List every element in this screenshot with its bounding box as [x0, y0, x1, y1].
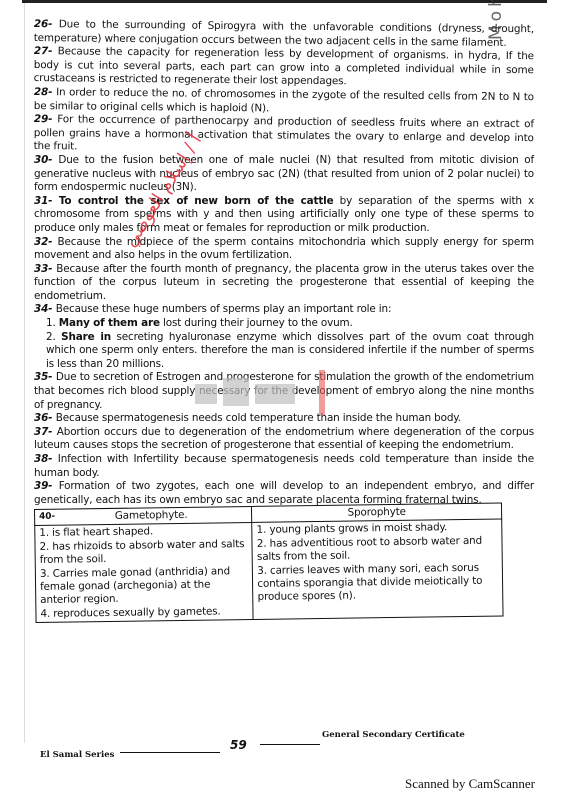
item-number: 33-: [34, 263, 56, 275]
item-lead: To control the sex of new born of the ca…: [59, 195, 334, 207]
item-34-sublist: 1. Many of them are lost during their jo…: [34, 317, 534, 371]
list-item: 29- For the occurrence of parthenocarpy …: [34, 113, 534, 159]
item-number: 27-: [34, 45, 58, 57]
item-text: Because the midpiece of the sperm contai…: [34, 236, 534, 262]
item-number: 32-: [34, 236, 58, 248]
item-number: 2.: [46, 331, 61, 343]
answer-list: 26- Due to the surrounding of Spirogyra …: [34, 18, 534, 317]
table-cell-line: 3. carries leaves with many sori, each s…: [257, 562, 498, 606]
item-number: 35-: [34, 371, 56, 383]
item-number: 28-: [34, 86, 56, 98]
document-page: 26- Due to the surrounding of Spirogyra …: [34, 18, 534, 624]
item-number: 26-: [34, 18, 59, 30]
item-text: Due to the fusion between one of male nu…: [34, 154, 534, 193]
item-number: 38-: [34, 453, 58, 465]
scan-top-border: [22, 0, 547, 3]
header-sporophyte-label: Sporophyte: [348, 506, 406, 519]
list-item: 33- Because after the fourth month of pr…: [34, 263, 534, 304]
header-gametophyte-label: Gametophyte.: [115, 509, 188, 522]
item-number: 31-: [34, 195, 59, 207]
gametophyte-sporophyte-table: 40- Gametophyte. Sporophyte 1. is flat h…: [34, 503, 504, 624]
sporophyte-cell: 1. young plants grows in moist shady.2. …: [252, 520, 503, 620]
item-text: In order to reduce the no. of chromosome…: [34, 86, 534, 114]
item-number: 29-: [34, 113, 58, 125]
item-text: Formation of two zygotes, each one will …: [34, 480, 534, 506]
item-text: Because these huge numbers of sperms pla…: [56, 303, 392, 315]
page-number: 59: [230, 738, 247, 752]
table-cell-line: 3. Carries male gonad (anthridia) and fe…: [40, 565, 249, 608]
item-text: For the occurrence of parthenocarpy and …: [34, 113, 534, 152]
answer-list-continued: 35- Due to secretion of Estrogen and pro…: [34, 371, 534, 507]
item-number: 34-: [34, 303, 56, 315]
table-cell-line: 2. has rhizoids to absorb water and salt…: [39, 538, 248, 568]
question-number: 40-: [39, 511, 55, 525]
page-footer: El Samal Series 59 General Secondary Cer…: [30, 738, 510, 768]
table-row: 1. is flat heart shaped.2. has rhizoids …: [35, 520, 503, 623]
list-item: 34- Because these huge numbers of sperms…: [34, 303, 534, 317]
gametophyte-cell: 1. is flat heart shaped.2. has rhizoids …: [35, 523, 254, 623]
series-name: El Samal Series: [40, 750, 114, 760]
item-text: Due to the surrounding of Spirogyra with…: [34, 18, 534, 48]
list-item: 32- Because the midpiece of the sperm co…: [34, 236, 534, 263]
footer-rule-left: [120, 752, 220, 753]
table-cell-line: 2. has adventitious root to absorb water…: [257, 535, 498, 565]
certificate-label: General Secondary Certificate: [322, 730, 465, 740]
scanner-watermark: Scanned by CamScanner: [405, 776, 535, 792]
item-number: 30-: [34, 154, 58, 166]
item-text: Abortion occurs due to degeneration of t…: [34, 426, 534, 452]
comparison-table-wrapper: 40- Gametophyte. Sporophyte 1. is flat h…: [34, 509, 534, 623]
item-number: 36-: [34, 412, 56, 424]
list-item: 37- Abortion occurs due to degeneration …: [34, 426, 534, 453]
item-text: Because the capacity for regeneration le…: [34, 45, 534, 87]
footer-rule-right: [260, 744, 320, 745]
item-text: Due to secretion of Estrogen and progest…: [34, 371, 534, 410]
item-number: 1.: [46, 317, 59, 329]
list-item: 27- Because the capacity for regeneratio…: [34, 45, 534, 91]
item-number: 37-: [34, 426, 57, 438]
list-item: 31- To control the sex of new born of th…: [34, 195, 534, 236]
item-text: Because after the fourth month of pregna…: [34, 263, 534, 302]
list-item: 36- Because spermatogenesis needs cold t…: [34, 412, 534, 426]
table-cell-line: 4. reproduces sexually by gametes.: [40, 605, 248, 621]
scan-left-edge: [24, 3, 25, 743]
list-item: 1. Many of them are lost during their jo…: [34, 317, 534, 331]
item-text: secreting hyaluronase enzyme which disso…: [46, 331, 534, 370]
list-item: 35- Due to secretion of Estrogen and pro…: [34, 371, 534, 412]
list-item: 2. Share in secreting hyaluronase enzyme…: [34, 331, 534, 372]
item-text: Infection with Infertility because sperm…: [34, 453, 534, 479]
item-text: Because spermatogenesis needs cold tempe…: [56, 412, 461, 424]
item-lead: Many of them are: [59, 317, 160, 329]
item-lead: Share in: [61, 331, 111, 343]
list-item: 30- Due to the fusion between one of mal…: [34, 154, 534, 195]
list-item: 38- Infection with Infertility because s…: [34, 453, 534, 480]
item-number: 39-: [34, 480, 59, 492]
item-text: lost during their journey to the ovum.: [160, 317, 353, 329]
